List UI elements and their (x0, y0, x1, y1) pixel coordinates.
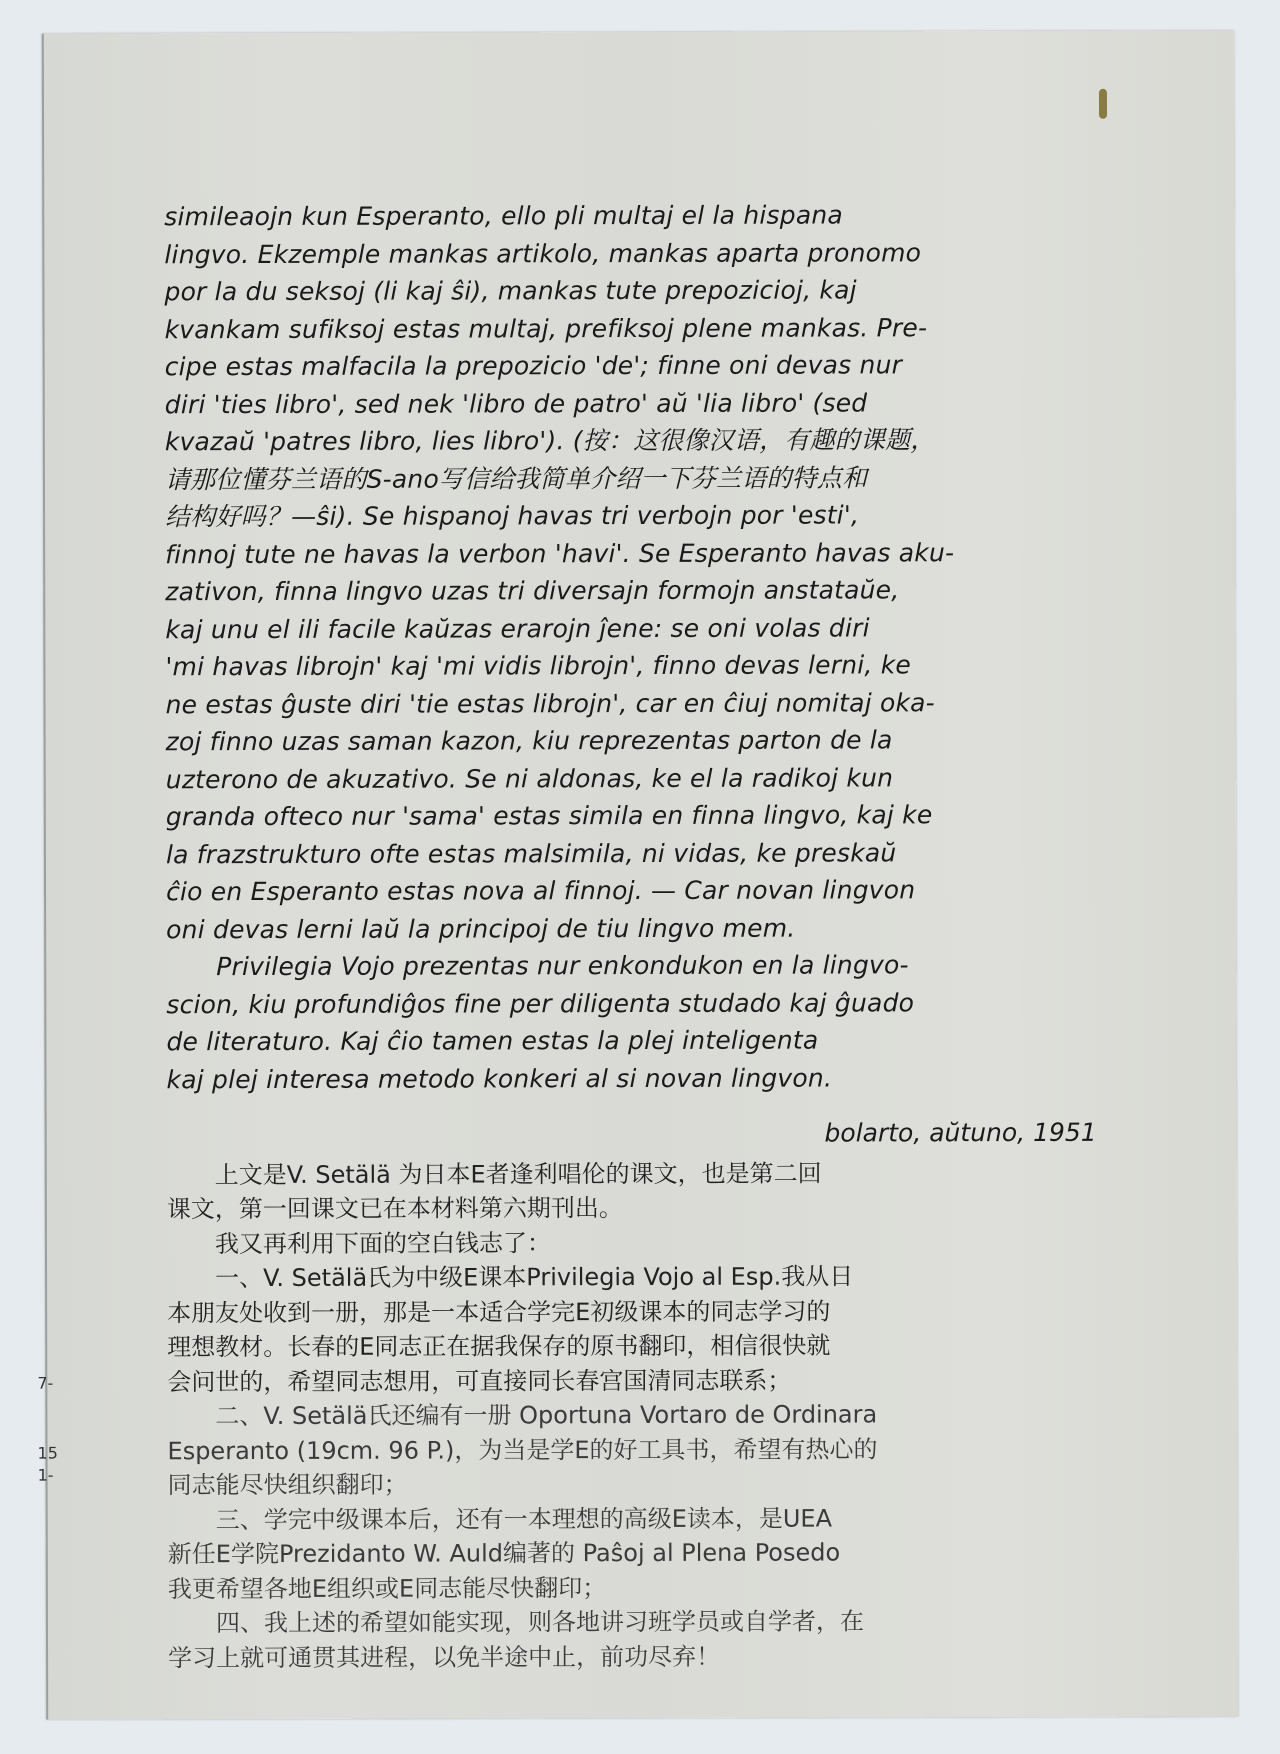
text-line: uzterono de akuzativo. Se ni aldonas, ke… (166, 758, 1126, 798)
chinese-line: 我更希望各地E组织或E同志能尽快翻印； (168, 1569, 1128, 1606)
text-line: simileaojn kun Esperanto, ello pli multa… (164, 196, 1124, 236)
text-line: granda ofteco nur 'sama' estas simila en… (166, 796, 1126, 836)
chinese-line: 上文是V. Setälä 为日本E者逢利唱伦的课文，也是第二回 (167, 1155, 1127, 1192)
text-line: Privilegia Vojo prezentas nur enkondukon… (166, 946, 1126, 986)
text-line: 结构好吗？—ŝi). Se hispanoj havas tri verbojn… (165, 496, 1125, 536)
text-line: de literaturo. Kaj ĉio tamen estas la pl… (166, 1021, 1126, 1061)
chinese-line: 新任E学院Prezidanto W. Auld编著的 Paŝoj al Plen… (168, 1535, 1128, 1572)
text-line: scion, kiu profundiĝos fine per diligent… (166, 983, 1126, 1023)
chinese-line: 会问世的，希望同志想用，可直接同长春宫国清同志联系； (167, 1362, 1127, 1399)
text-line: diri 'ties libro', sed nek 'libro de pat… (165, 383, 1125, 423)
text-line: ĉio en Esperanto estas nova al finnoj. —… (166, 871, 1126, 911)
chinese-line: 学习上就可通贯其进程，以免半途中止，前功尽弃！ (168, 1638, 1128, 1675)
margin-mark: 15 (37, 1444, 57, 1463)
text-line: zativon, finna lingvo uzas tri diversajn… (165, 571, 1125, 611)
chinese-line: 理想教材。长春的E同志正在据我保存的原书翻印，相信很快就 (167, 1328, 1127, 1365)
text-line: kaj plej interesa metodo konkeri al si n… (166, 1058, 1126, 1098)
scanned-page: 7- 15 1- simileaojn kun Esperanto, ello … (42, 30, 1238, 1719)
esperanto-paragraph-1: simileaojn kun Esperanto, ello pli multa… (164, 196, 1126, 949)
chinese-line: 同志能尽快组织翻印； (168, 1466, 1128, 1503)
text-line: 'mi havas librojn' kaj 'mi vidis librojn… (165, 646, 1125, 686)
chinese-line: 本朋友处收到一册，那是一本适合学完E初级课本的同志学习的 (167, 1293, 1127, 1330)
text-line: cipe estas malfacila la prepozicio 'de';… (165, 346, 1125, 386)
text-line: lingvo. Ekzemple mankas artikolo, mankas… (164, 233, 1124, 273)
paper-stain (1099, 89, 1107, 119)
chinese-line: 我又再利用下面的空白钱志了： (167, 1224, 1127, 1261)
chinese-line: Esperanto (19cm. 96 P.)，为当是学E的好工具书，希望有热心… (167, 1431, 1127, 1468)
chinese-line: 二、V. Setälä氏还编有一册 Oportuna Vortaro de Or… (167, 1397, 1127, 1434)
esperanto-paragraph-2: Privilegia Vojo prezentas nur enkondukon… (166, 946, 1126, 1099)
margin-mark: 1- (38, 1466, 54, 1485)
text-line: kaj unu el ili facile kaŭzas erarojn ĵen… (165, 608, 1125, 648)
signature-date: bolarto, aŭtuno, 1951 (167, 1114, 1127, 1154)
text-line: oni devas lerni laŭ la principoj de tiu … (166, 908, 1126, 948)
text-line: 请那位懂芬兰语的S-ano写信给我简单介绍一下芬兰语的特点和 (165, 458, 1125, 498)
chinese-line: 三、学完中级课本后，还有一本理想的高级E读本，是UEA (168, 1500, 1128, 1537)
chinese-notes: 上文是V. Setälä 为日本E者逢利唱伦的课文，也是第二回 课文，第一回课文… (167, 1155, 1128, 1675)
document-body: simileaojn kun Esperanto, ello pli multa… (164, 196, 1128, 1676)
margin-mark: 7- (37, 1374, 53, 1393)
chinese-line: 一、V. Setälä氏为中级E课本Privilegia Vojo al Esp… (167, 1259, 1127, 1296)
text-line: zoj finno uzas saman kazon, kiu reprezen… (166, 721, 1126, 761)
text-line: finnoj tute ne havas la verbon 'havi'. S… (165, 533, 1125, 573)
text-line: kvankam sufiksoj estas multaj, prefiksoj… (165, 308, 1125, 348)
text-line: kvazaŭ 'patres libro, lies libro'). (按：这… (165, 421, 1125, 461)
chinese-line: 课文，第一回课文已在本材料第六期刊出。 (167, 1190, 1127, 1227)
chinese-line: 四、我上述的希望如能实现，则各地讲习班学员或自学者，在 (168, 1604, 1128, 1641)
text-line: la frazstrukturo ofte estas malsimila, n… (166, 833, 1126, 873)
text-line: ne estas ĝuste diri 'tie estas librojn',… (166, 683, 1126, 723)
text-line: por la du seksoj (li kaj ŝi), mankas tut… (164, 271, 1124, 311)
